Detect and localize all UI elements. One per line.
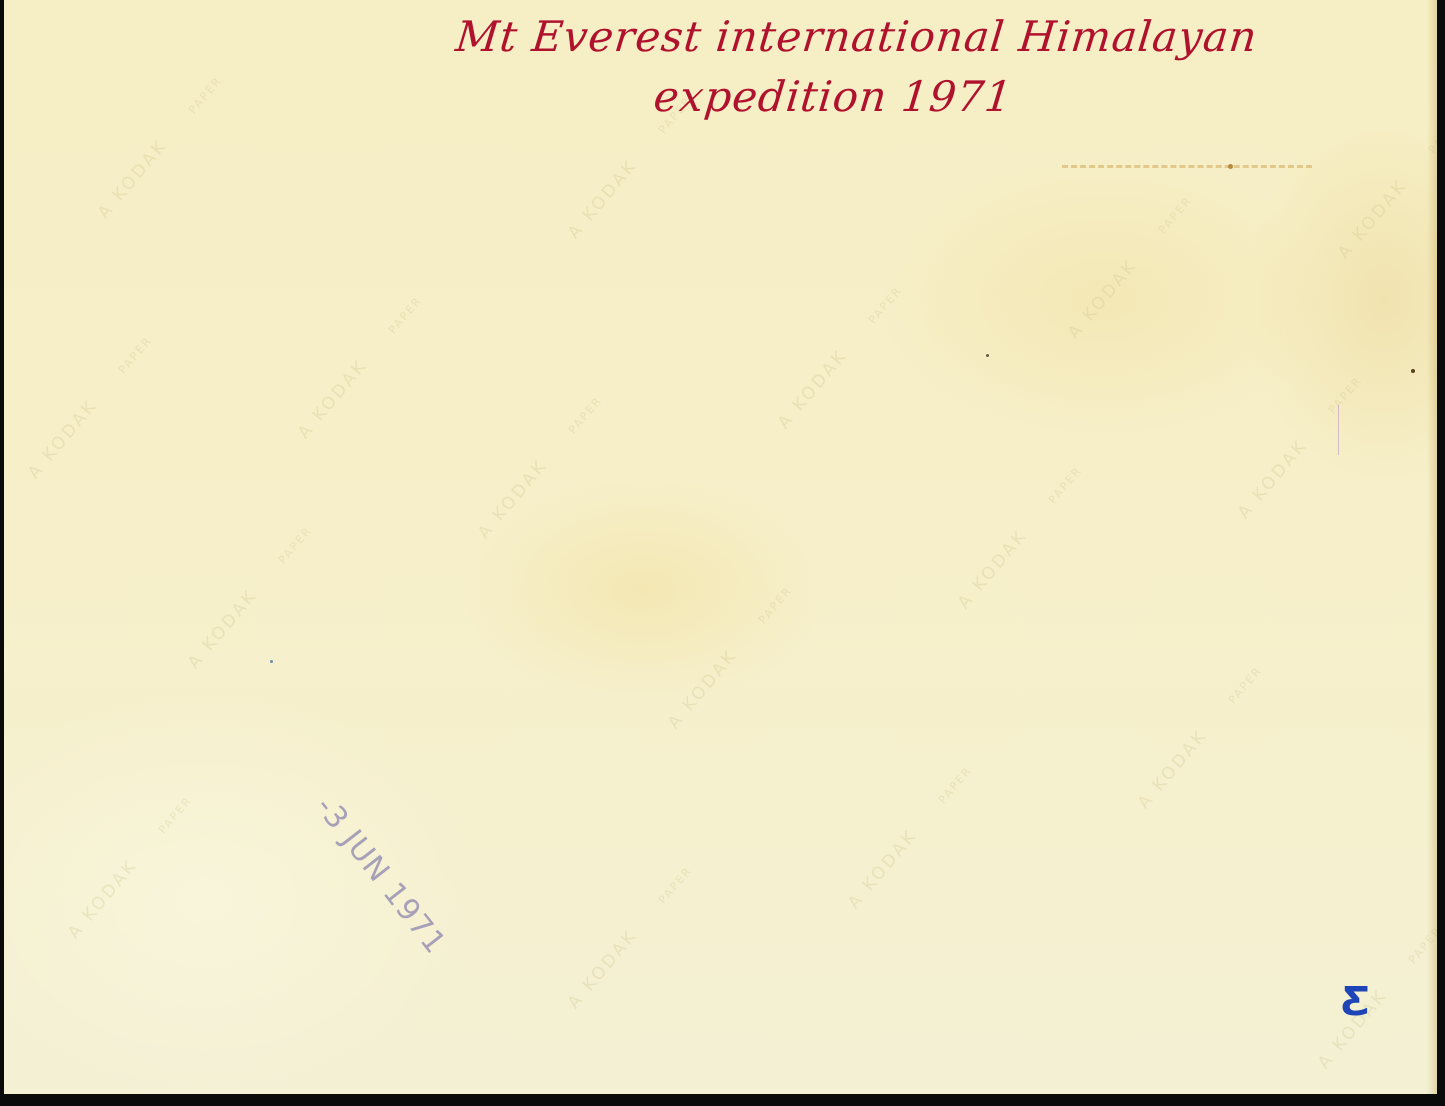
corner-pencil-mark: Ƹ bbox=[1341, 982, 1370, 1020]
stain-mark bbox=[1062, 165, 1312, 168]
kodak-watermark: A KODAKPAPER bbox=[294, 291, 426, 443]
stain-spot bbox=[270, 660, 273, 663]
kodak-watermark: A KODAKPAPER bbox=[844, 761, 976, 913]
kodak-watermark: A KODAKPAPER bbox=[564, 861, 696, 1013]
handwritten-caption-line1: Mt Everest international Himalayan bbox=[454, 16, 1260, 58]
kodak-watermark: A KODAKPAPER bbox=[184, 521, 316, 673]
kodak-watermark: A KODAKPAPER bbox=[1314, 921, 1437, 1073]
stain-spot bbox=[1228, 164, 1233, 169]
kodak-watermark: A KODAKPAPER bbox=[1234, 371, 1366, 523]
kodak-watermark: A KODAKPAPER bbox=[474, 391, 606, 543]
kodak-watermark: A KODAKPAPER bbox=[1064, 191, 1196, 343]
kodak-watermark: A KODAKPAPER bbox=[664, 581, 796, 733]
stain-spot bbox=[986, 354, 989, 357]
stain-spot bbox=[1411, 369, 1415, 373]
photo-back-paper: A KODAKPAPER A KODAKPAPER A KODAKPAPER A… bbox=[4, 0, 1437, 1094]
kodak-watermark: A KODAKPAPER bbox=[954, 461, 1086, 613]
kodak-watermark: A KODAKPAPER bbox=[94, 71, 226, 223]
kodak-watermark: A KODAKPAPER bbox=[1334, 111, 1437, 263]
handwritten-caption-line2: expedition 1971 bbox=[652, 76, 1015, 118]
kodak-watermark: A KODAKPAPER bbox=[64, 791, 196, 943]
paper-edge-shadow bbox=[1427, 0, 1437, 1094]
date-stamp: -3 JUN 1971 bbox=[308, 790, 452, 961]
ink-line bbox=[1338, 405, 1339, 455]
kodak-watermark: A KODAKPAPER bbox=[774, 281, 906, 433]
kodak-watermark: A KODAKPAPER bbox=[1134, 661, 1266, 813]
kodak-watermark: A KODAKPAPER bbox=[24, 331, 156, 483]
